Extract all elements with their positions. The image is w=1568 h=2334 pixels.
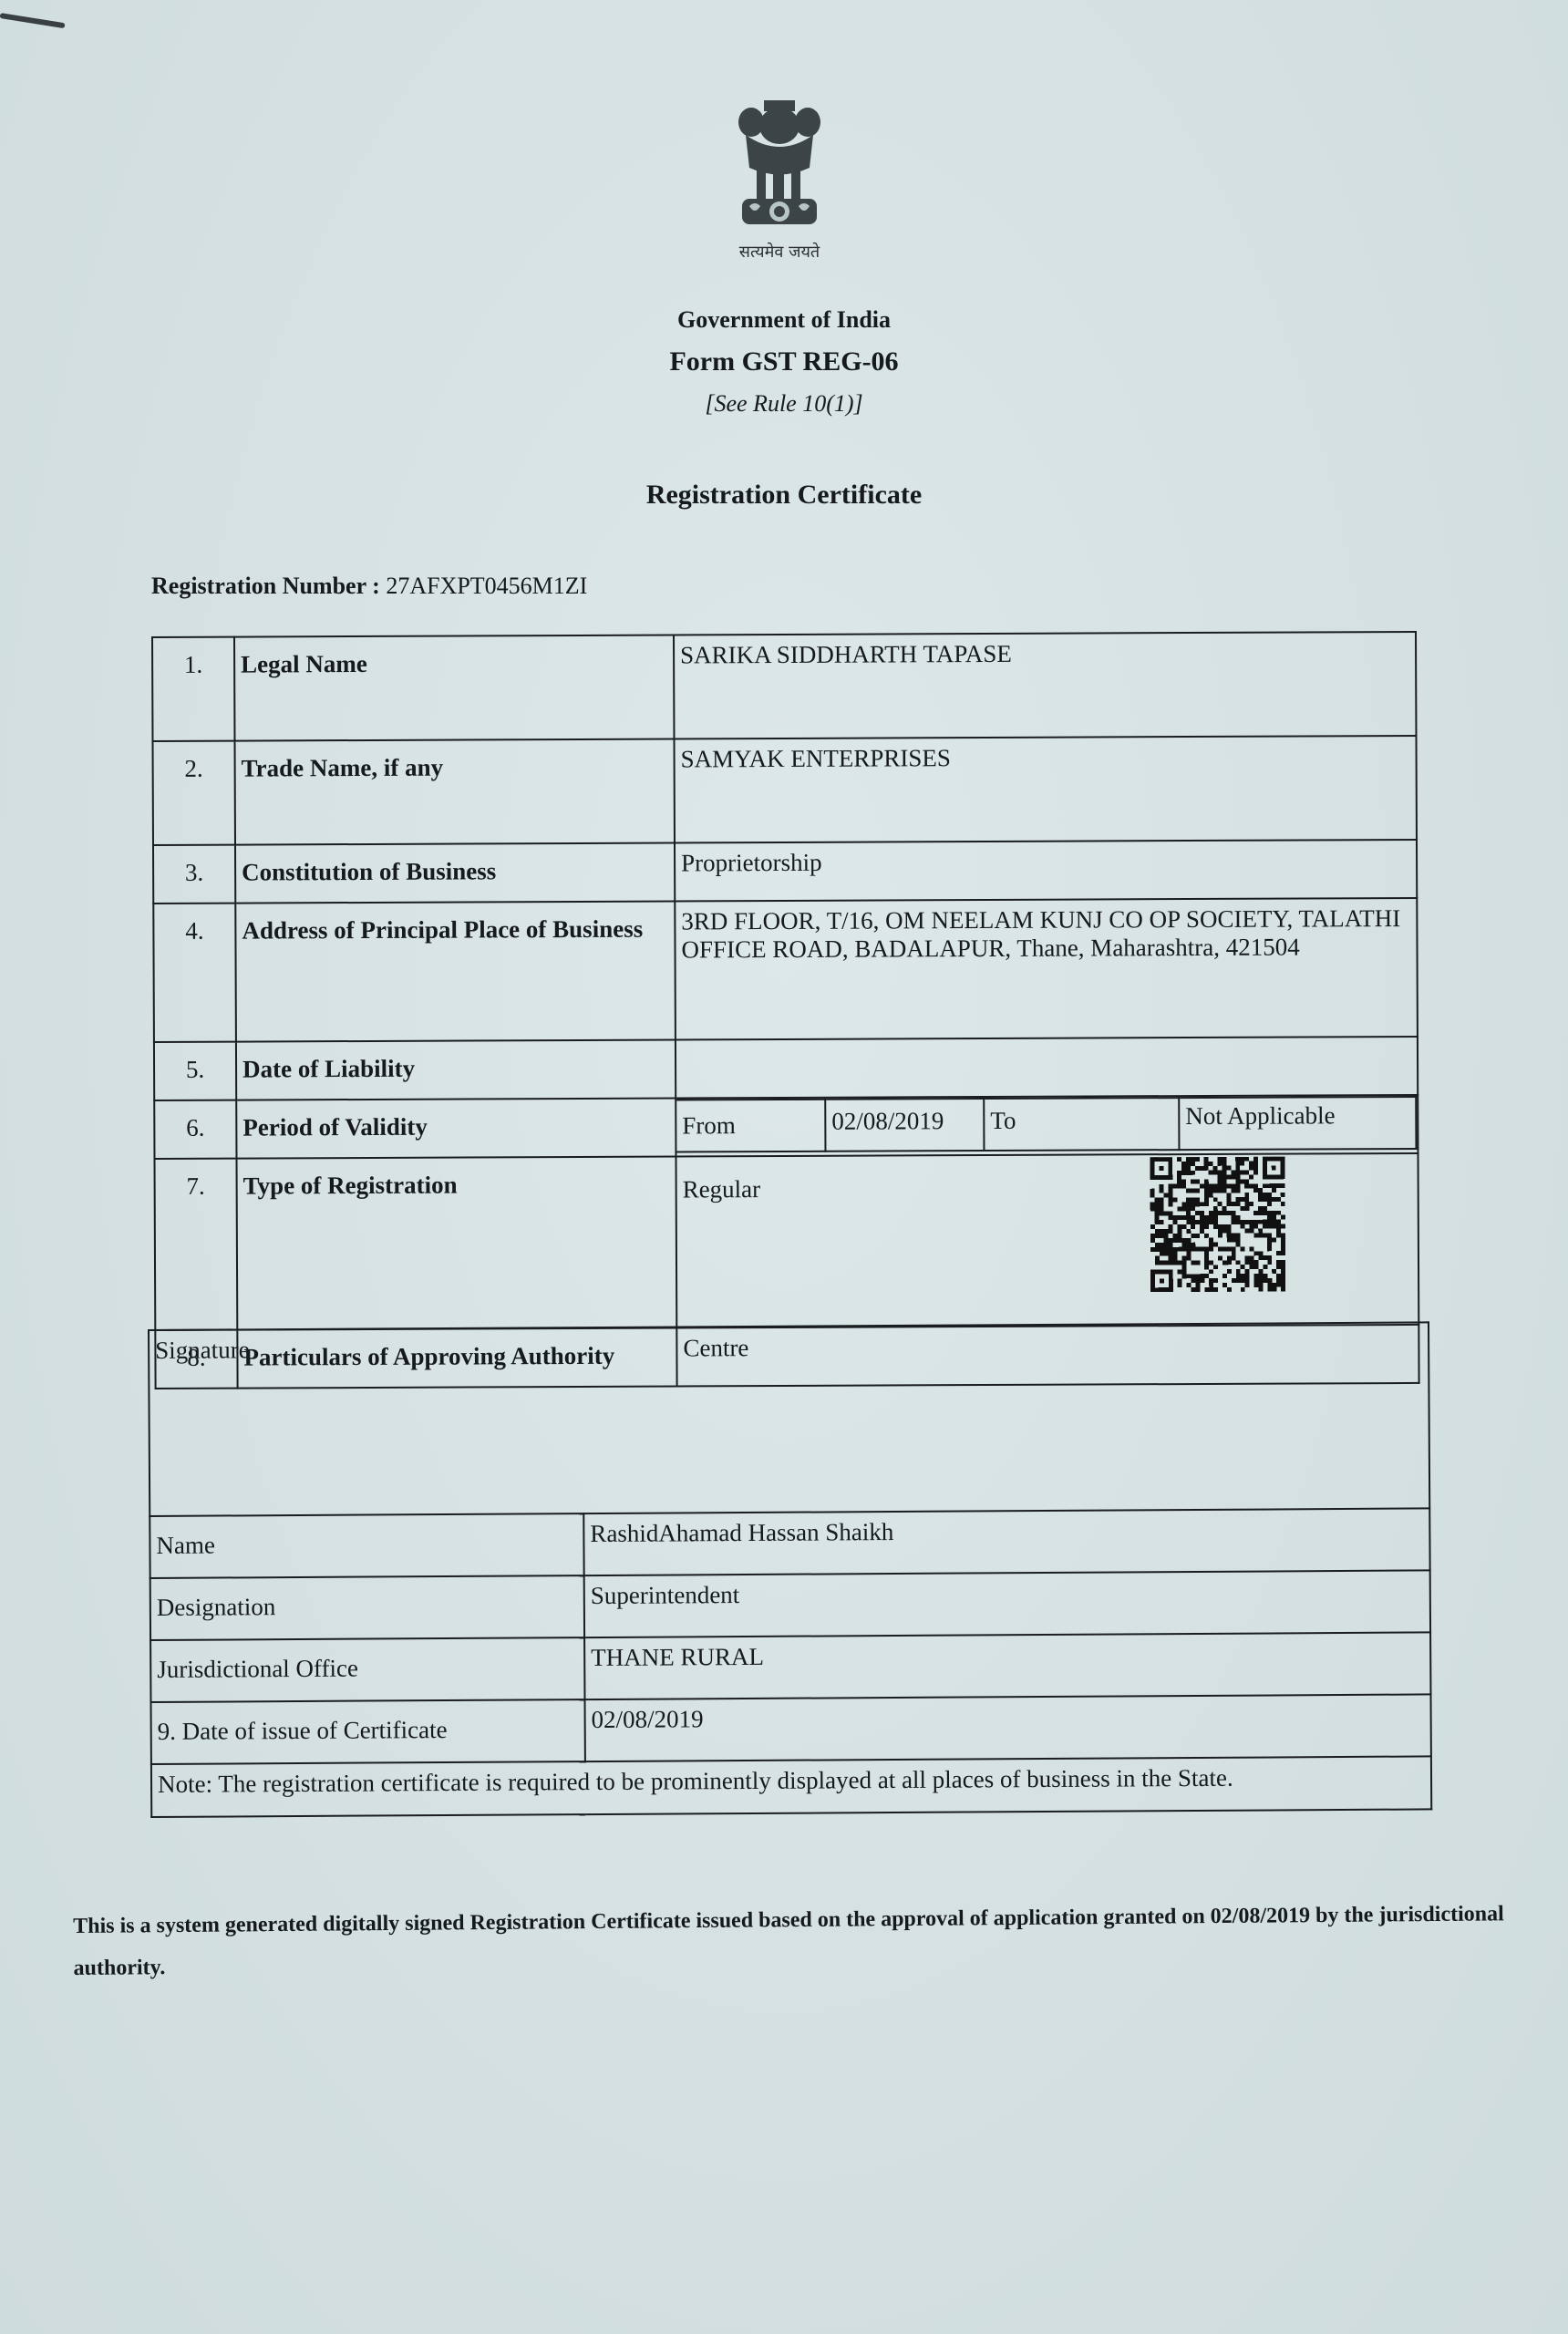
table-row: Name RashidAhamad Hassan Shaikh: [150, 1508, 1429, 1578]
to-label: To: [984, 1098, 1179, 1151]
digital-signature-statement: This is a system generated digitally sig…: [73, 1893, 1532, 1989]
certificate-title: Registration Certificate: [0, 480, 1568, 511]
row-number: 1.: [152, 637, 234, 741]
designation-value: Superintendent: [584, 1570, 1430, 1637]
qr-code-icon: [1150, 1157, 1287, 1293]
row-number: 5.: [154, 1042, 236, 1100]
to-date-value: Not Applicable: [1179, 1097, 1416, 1150]
approver-table: Signature Name RashidAhamad Hassan Shaik…: [148, 1321, 1432, 1818]
table-row: 9. Date of issue of Certificate 02/08/20…: [150, 1694, 1430, 1764]
registration-details-table: 1. Legal Name SARIKA SIDDHARTH TAPASE 2.…: [151, 631, 1420, 1389]
signature-box: Signature: [149, 1322, 1429, 1516]
from-date-value: 02/08/2019: [825, 1099, 984, 1152]
signature-label: Signature: [155, 1336, 250, 1364]
row-label: Type of Registration: [236, 1156, 676, 1329]
approver-name-value: RashidAhamad Hassan Shaikh: [583, 1508, 1429, 1575]
row-label: Legal Name: [234, 635, 674, 740]
validity-subtable: From 02/08/2019 To Not Applicable: [676, 1096, 1417, 1153]
row-label: Trade Name, if any: [235, 738, 675, 844]
table-row: 7. Type of Registration Regular: [155, 1153, 1419, 1330]
row-number: 3.: [153, 845, 235, 904]
row-label: Name: [150, 1513, 583, 1578]
table-row: 6. Period of Validity From 02/08/2019 To…: [154, 1095, 1418, 1159]
date-of-liability-value: [676, 1037, 1418, 1099]
row-number: 2.: [153, 741, 235, 845]
registration-type-cell: Regular: [676, 1153, 1418, 1328]
row-number: 6.: [154, 1100, 236, 1159]
row-number: 4.: [153, 904, 236, 1042]
form-number: Form GST REG-06: [0, 346, 1568, 377]
state-emblem-icon: [729, 95, 830, 232]
from-label: From: [676, 1100, 825, 1152]
table-row: 5. Date of Liability: [154, 1037, 1418, 1100]
jurisdictional-office-value: THANE RURAL: [584, 1632, 1430, 1699]
government-heading: Government of India: [0, 306, 1568, 334]
constitution-value: Proprietorship: [675, 840, 1417, 902]
row-number: 7.: [155, 1159, 238, 1330]
row-label: Constitution of Business: [235, 842, 675, 903]
rule-reference: [See Rule 10(1)]: [0, 390, 1568, 418]
registration-number-value: 27AFXPT0456M1ZI: [386, 573, 587, 599]
table-row: 3. Constitution of Business Proprietorsh…: [153, 840, 1417, 904]
registration-number-label: Registration Number :: [151, 573, 380, 599]
row-label: Date of Liability: [236, 1039, 676, 1100]
display-note: Note: The registration certificate is re…: [151, 1756, 1431, 1817]
row-label: 9. Date of issue of Certificate: [150, 1699, 584, 1764]
table-row: Designation Superintendent: [150, 1570, 1430, 1640]
table-row: 1. Legal Name SARIKA SIDDHARTH TAPASE: [152, 632, 1416, 741]
address-value: 3RD FLOOR, T/16, OM NEELAM KUNJ CO OP SO…: [675, 898, 1418, 1040]
row-label: Address of Principal Place of Business: [235, 901, 676, 1041]
table-row: Jurisdictional Office THANE RURAL: [150, 1632, 1430, 1702]
row-label: Period of Validity: [236, 1098, 676, 1158]
validity-cell: From 02/08/2019 To Not Applicable: [676, 1095, 1418, 1157]
row-label: Designation: [150, 1575, 584, 1640]
table-row: 2. Trade Name, if any SAMYAK ENTERPRISES: [153, 736, 1417, 845]
stray-pen-mark: [0, 13, 66, 28]
legal-name-value: SARIKA SIDDHARTH TAPASE: [674, 632, 1416, 739]
registration-type-value: Regular: [683, 1175, 761, 1203]
registration-number: Registration Number : 27AFXPT0456M1ZI: [151, 573, 587, 600]
trade-name-value: SAMYAK ENTERPRISES: [674, 736, 1416, 843]
table-row: Note: The registration certificate is re…: [151, 1756, 1431, 1817]
emblem-motto: सत्यमेव जयते: [727, 241, 831, 263]
issue-date-value: 02/08/2019: [584, 1694, 1430, 1761]
row-label: Jurisdictional Office: [150, 1637, 584, 1702]
table-row: 4. Address of Principal Place of Busines…: [153, 898, 1418, 1042]
